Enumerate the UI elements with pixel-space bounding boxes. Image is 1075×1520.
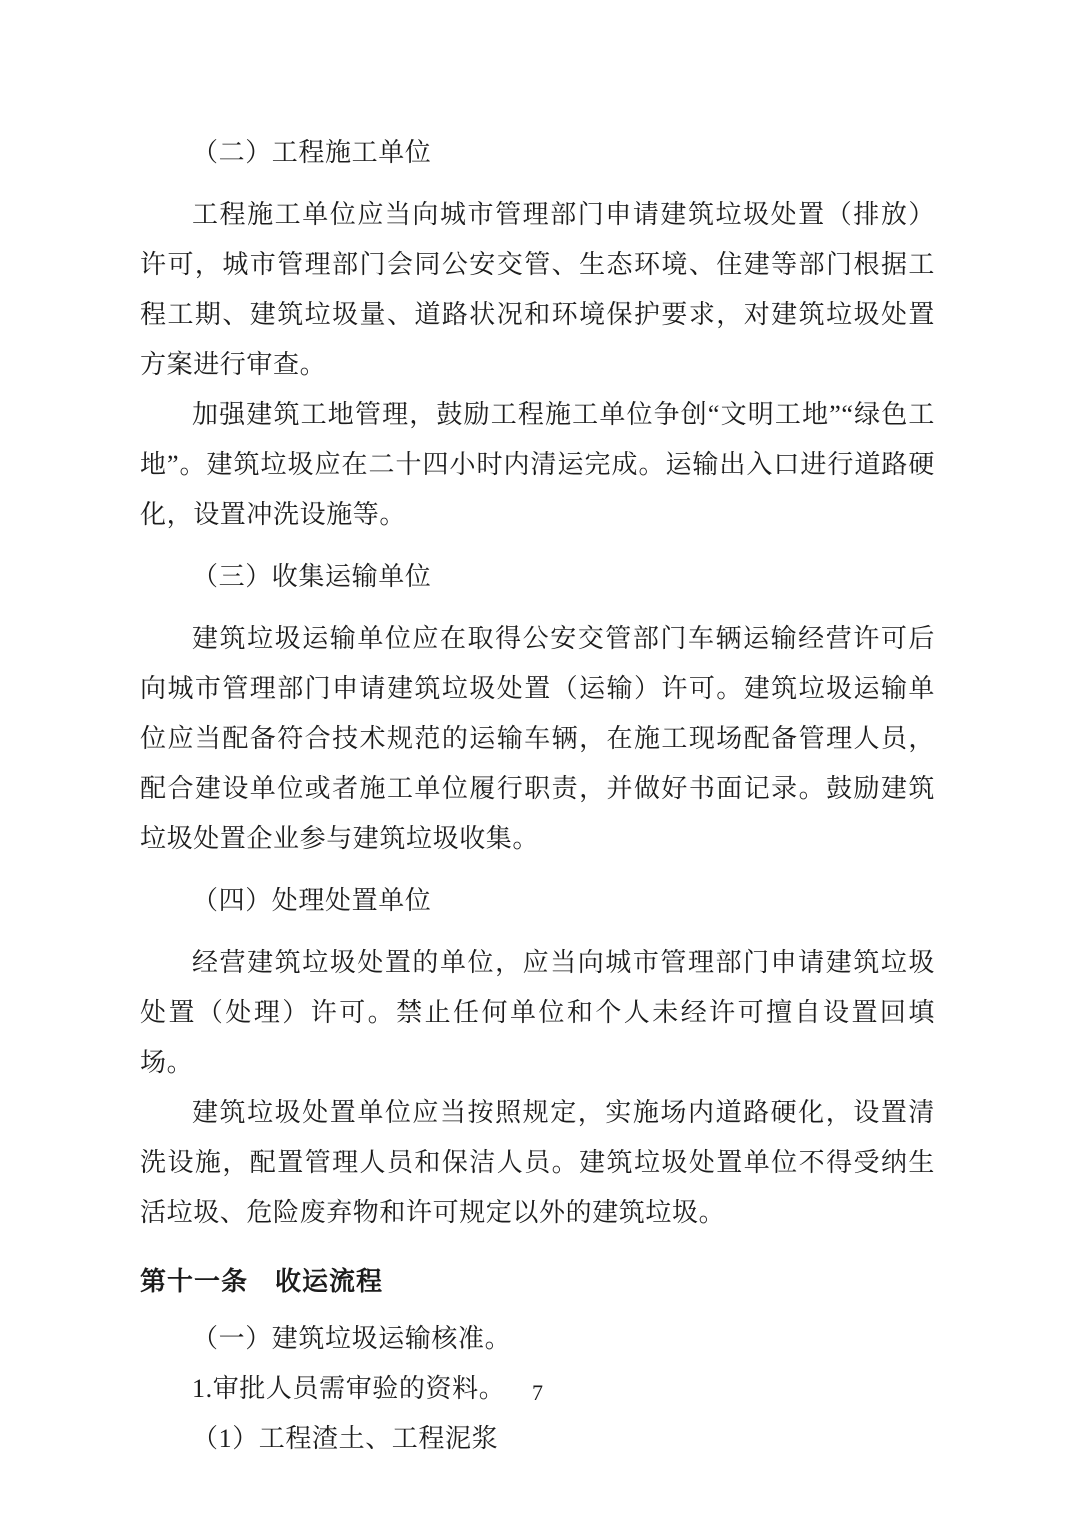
body-paragraph: 经营建筑垃圾处置的单位，应当向城市管理部门申请建筑垃圾处置（处理）许可。禁止任何… <box>140 938 935 1088</box>
section-heading-4: （四）处理处置单位 <box>140 876 935 926</box>
document-page: （二）工程施工单位 工程施工单位应当向城市管理部门申请建筑垃圾处置（排放）许可，… <box>0 0 1075 1520</box>
body-paragraph: 工程施工单位应当向城市管理部门申请建筑垃圾处置（排放）许可，城市管理部门会同公安… <box>140 190 935 390</box>
body-paragraph: 建筑垃圾运输单位应在取得公安交管部门车辆运输经营许可后向城市管理部门申请建筑垃圾… <box>140 614 935 864</box>
article-11-heading: 第十一条 收运流程 <box>140 1256 935 1306</box>
section-heading-3: （三）收集运输单位 <box>140 552 935 602</box>
body-paragraph: 加强建筑工地管理，鼓励工程施工单位争创“文明工地”“绿色工地”。建筑垃圾应在二十… <box>140 390 935 540</box>
list-item: （1）工程渣土、工程泥浆 <box>140 1414 935 1464</box>
body-paragraph: 建筑垃圾处置单位应当按照规定，实施场内道路硬化，设置清洗设施，配置管理人员和保洁… <box>140 1088 935 1238</box>
page-number: 7 <box>0 1378 1075 1408</box>
list-item: （一）建筑垃圾运输核准。 <box>140 1314 935 1364</box>
section-heading-2: （二）工程施工单位 <box>140 128 935 178</box>
